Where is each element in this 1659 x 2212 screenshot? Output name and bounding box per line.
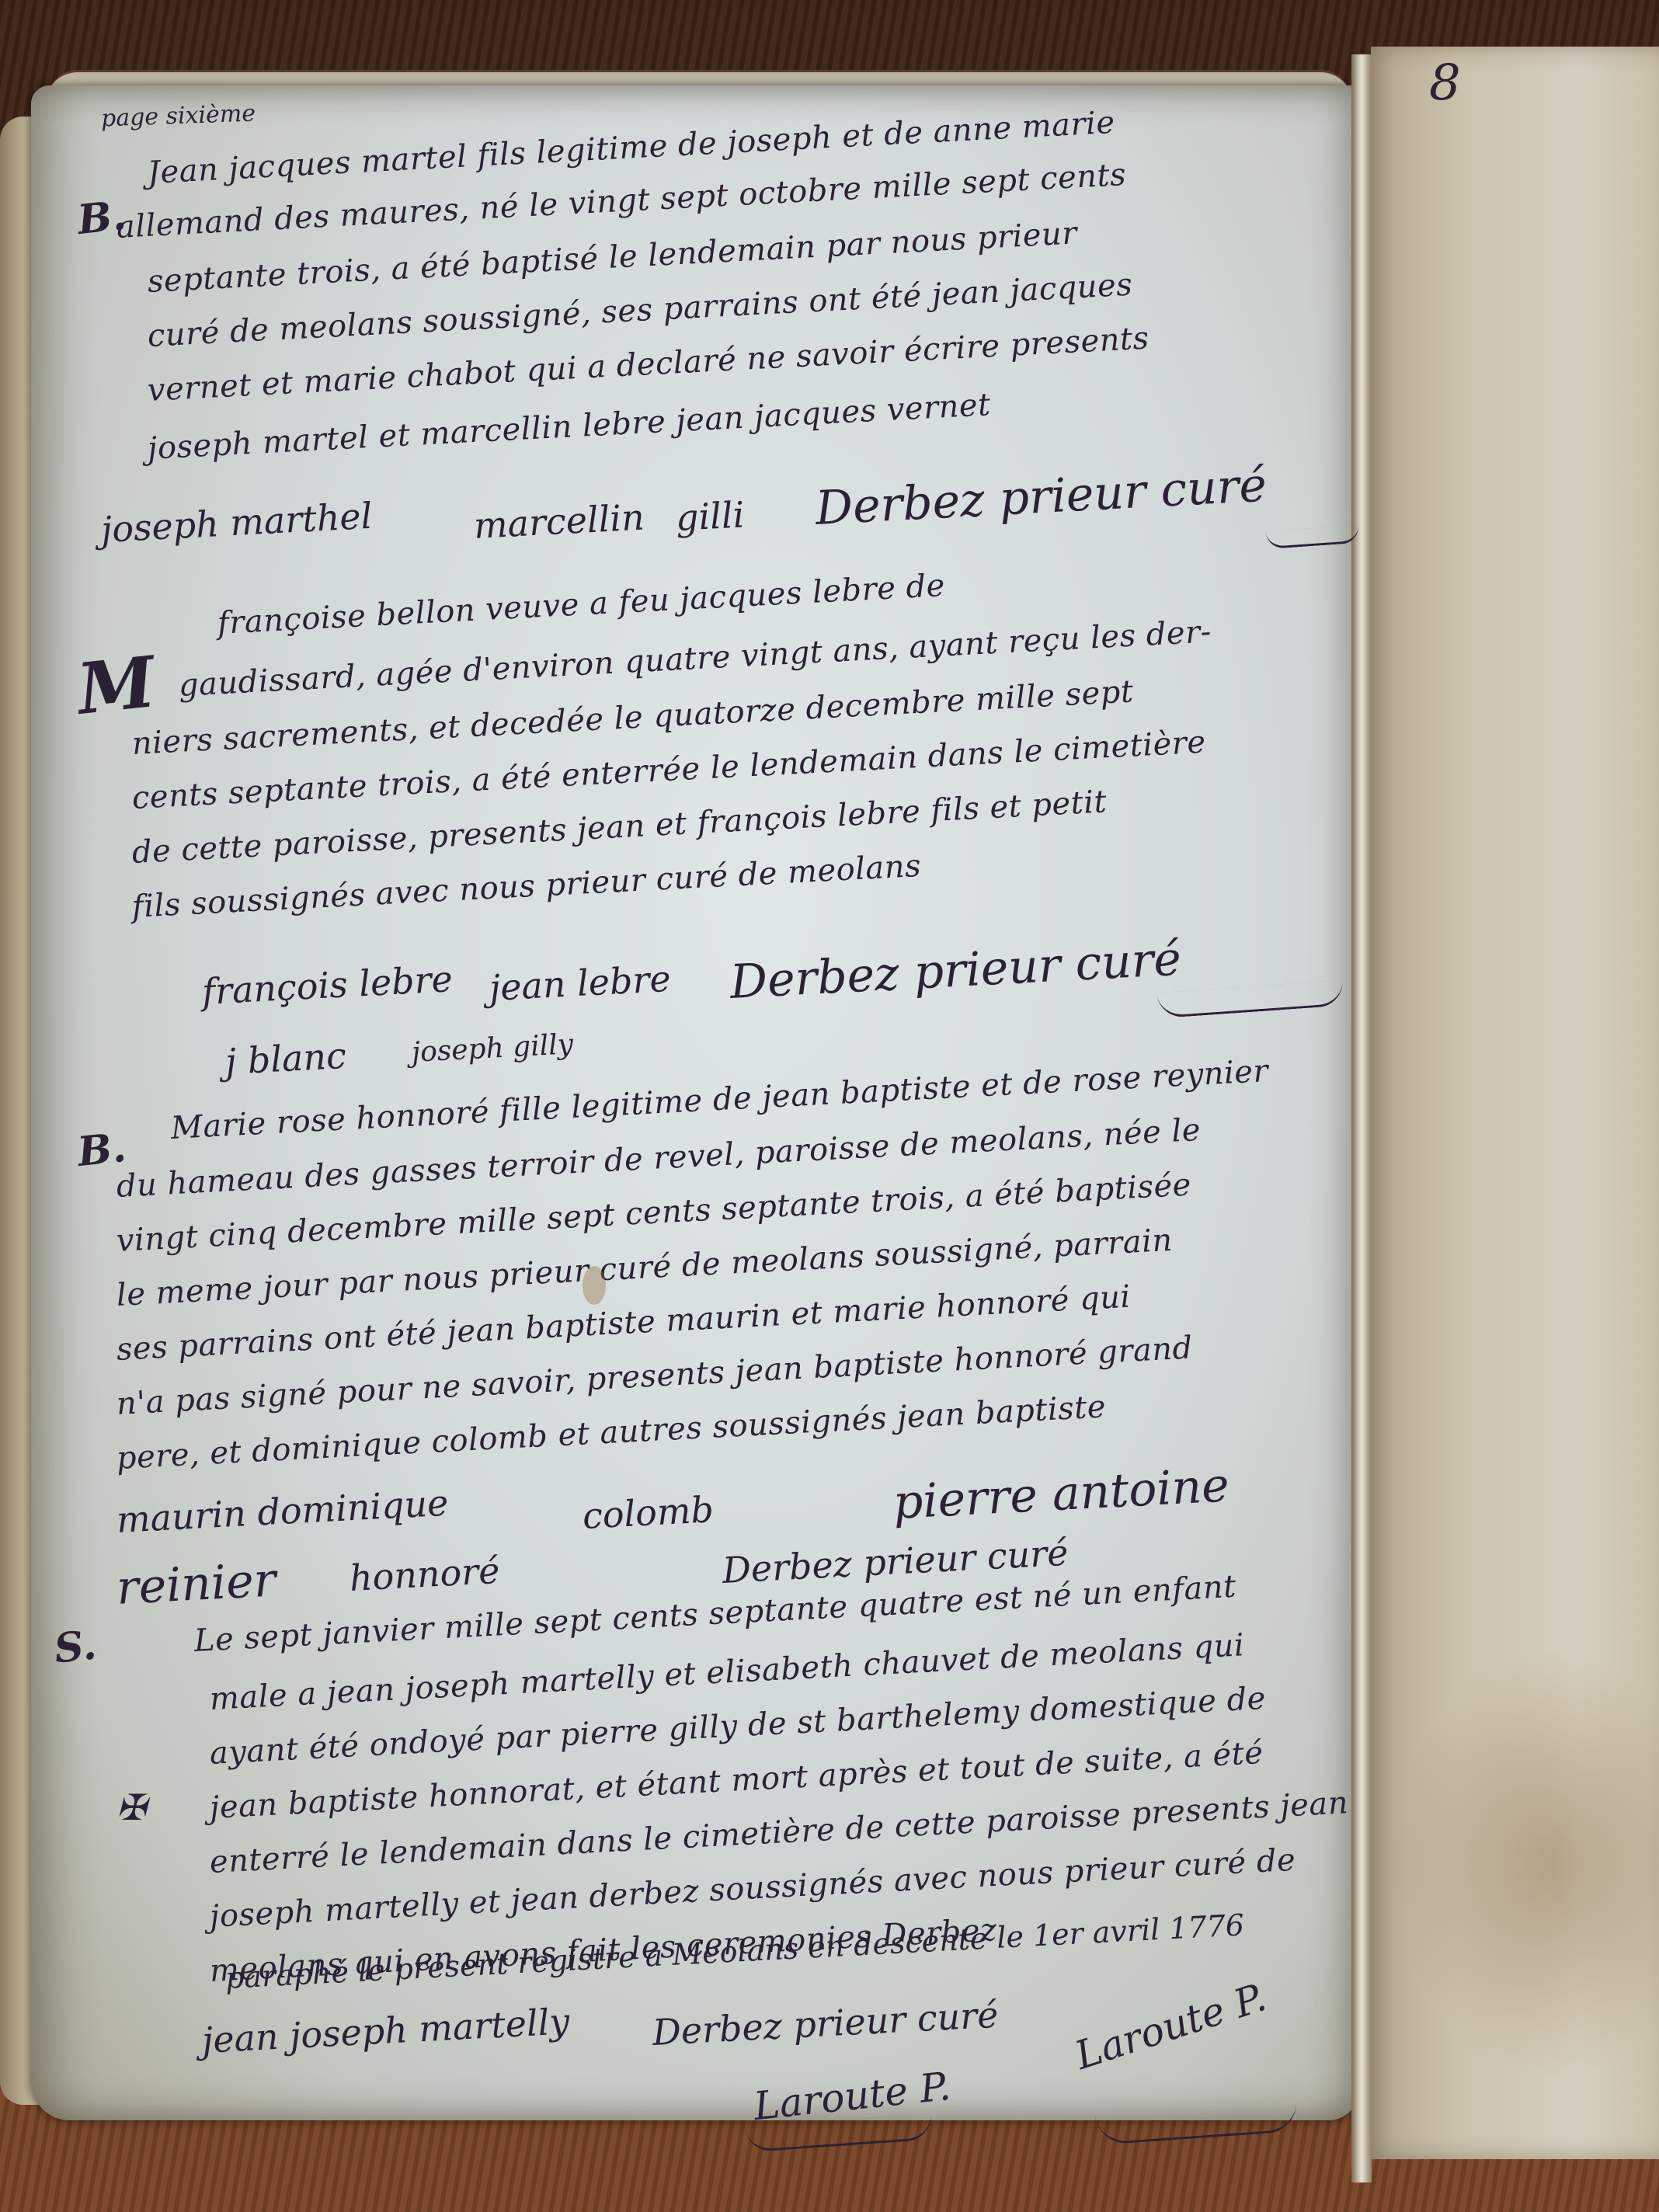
signature: j blanc [224, 1035, 347, 1083]
signature: jean lebre [489, 958, 672, 1009]
margin-cross-icon: ✠ [117, 1786, 147, 1828]
closing-signature: Laroute P. [1069, 1974, 1271, 2078]
signature-flourish [1156, 980, 1344, 1019]
signature: honnoré [349, 1549, 501, 1599]
signature: françois lebre [201, 958, 454, 1013]
signature: jean joseph martelly [201, 2000, 571, 2061]
ink-stain [583, 1266, 606, 1305]
page-header-note: page sixième [100, 100, 256, 133]
signature-derbez: Derbez prieur curé [729, 932, 1182, 1010]
signature: maurin dominique [116, 1482, 450, 1541]
signature: joseph marthel [100, 495, 374, 551]
signature: gilli [675, 493, 746, 539]
signature: pierre antoine [892, 1458, 1230, 1530]
manuscript-text: page sixième B. Jean jacques martel fils… [85, 85, 1359, 2105]
signature-flourish [1265, 525, 1359, 549]
signature-derbez: Derbez prieur curé [652, 1994, 1000, 2054]
entry-line: françoise bellon veuve a feu jacques leb… [217, 568, 946, 642]
signature: reinier [115, 1553, 277, 1616]
folio-number: 8 [1429, 54, 1461, 112]
signature-derbez: Derbez prieur curé [814, 458, 1268, 536]
entry-marker: M [74, 641, 159, 731]
signature: colomb [582, 1488, 715, 1537]
signature: marcellin [473, 496, 645, 547]
water-stain [1390, 1647, 1659, 2082]
signature: joseph gilly [411, 1028, 574, 1069]
entry-marker: S. [52, 1621, 99, 1672]
